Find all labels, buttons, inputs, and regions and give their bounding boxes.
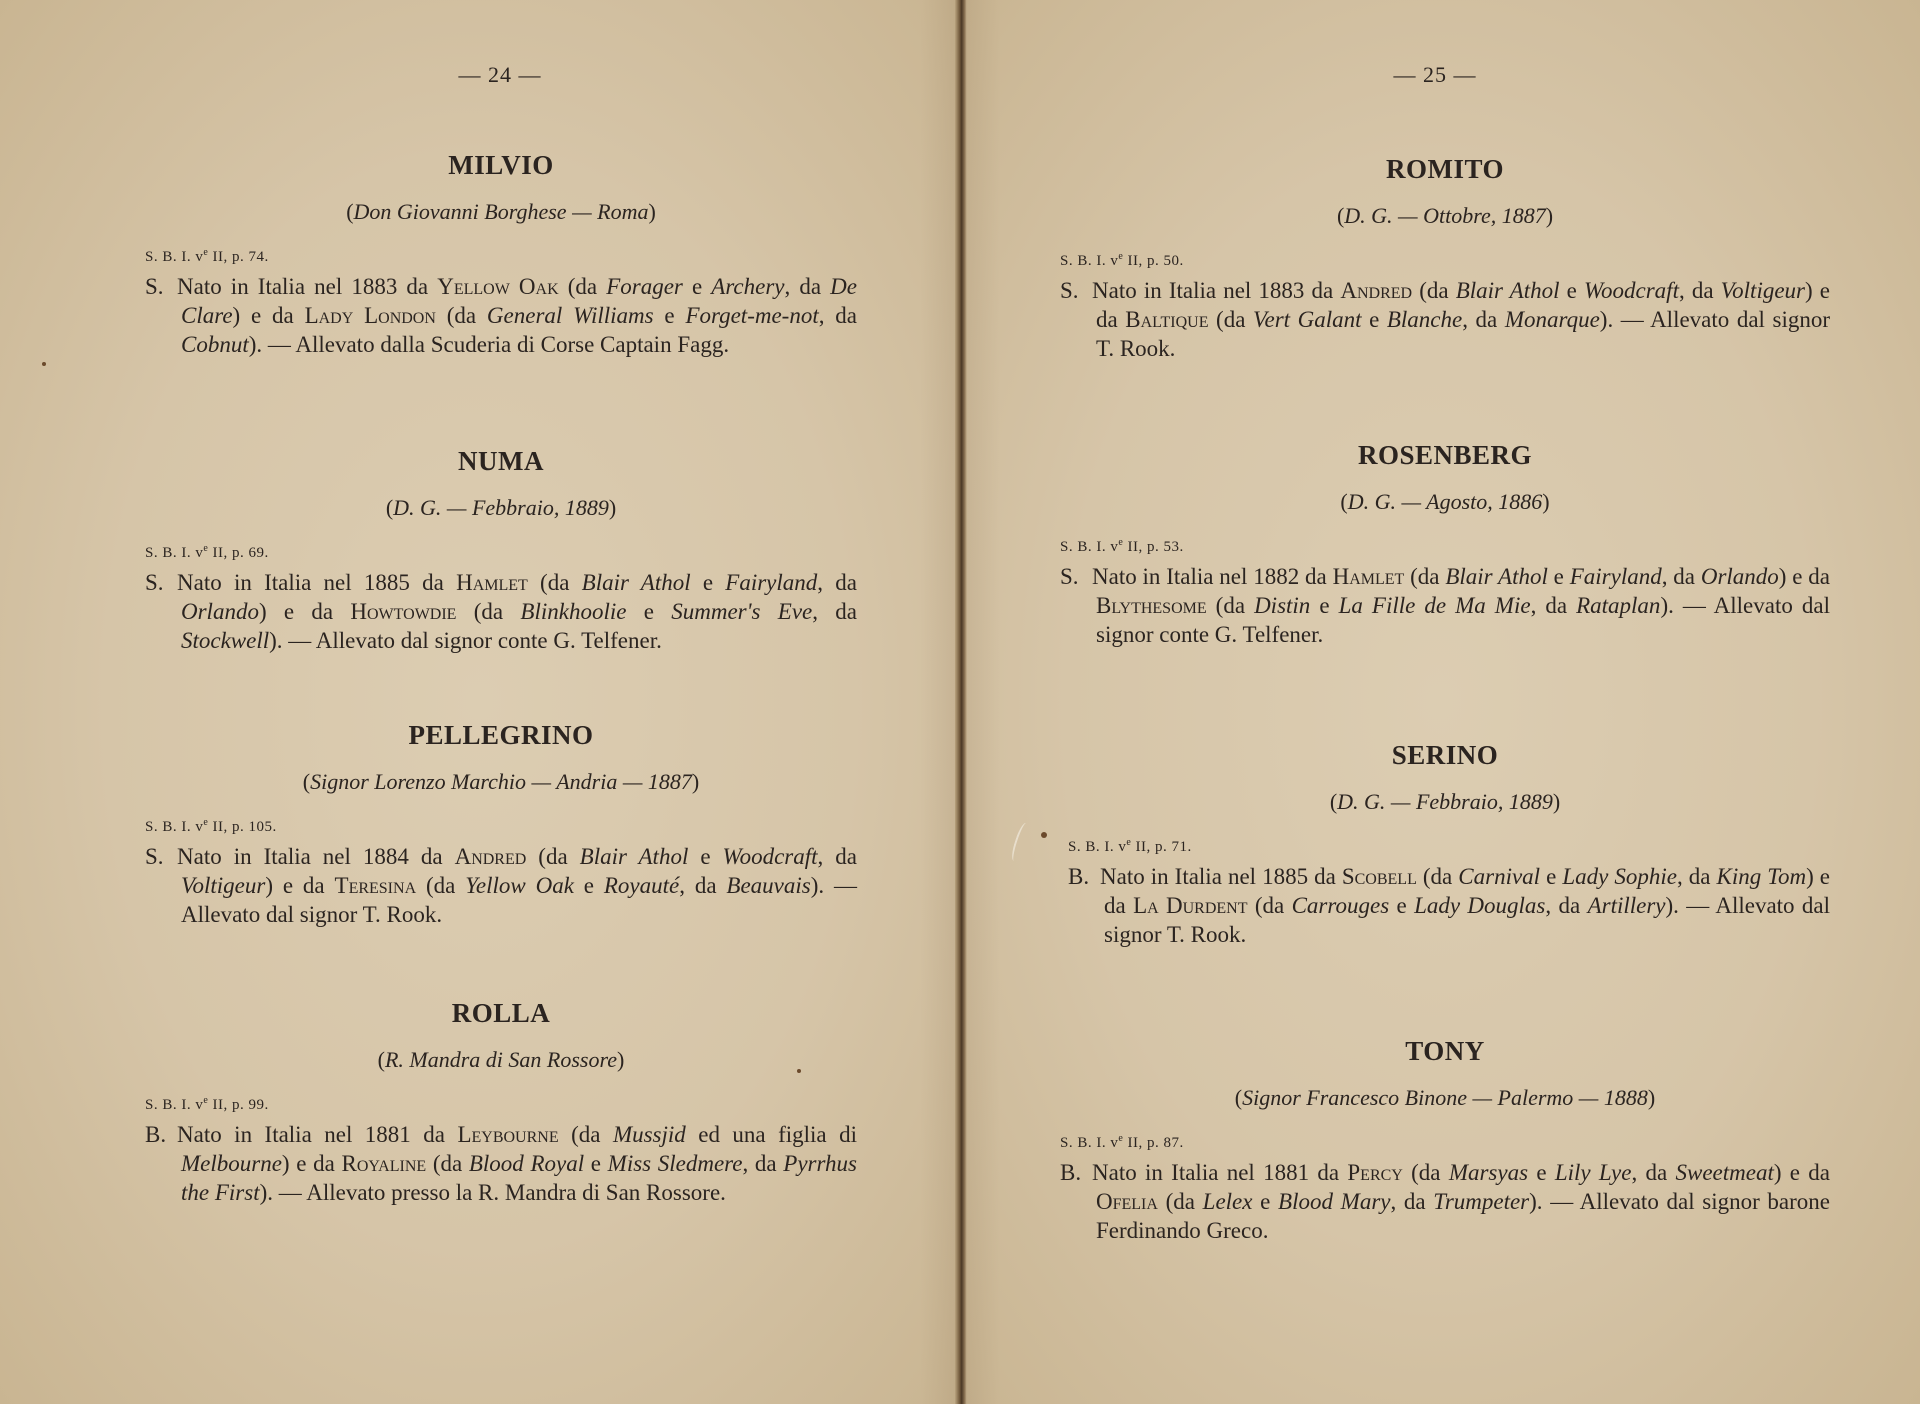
pedigree-name: Carnival (1458, 864, 1540, 889)
pedigree-name: Blanche (1387, 307, 1462, 332)
pedigree-name: Vert Galant (1253, 307, 1362, 332)
body-text: (da (416, 873, 465, 898)
sire-dam-name: Andred (455, 844, 527, 869)
paper-speck (42, 362, 46, 366)
pedigree-name: Summer's Eve (671, 599, 812, 624)
pedigree-name: Forager (606, 274, 683, 299)
owner-text: D. G. — Ottobre, 1887 (1344, 203, 1545, 228)
body-text: (da (1417, 864, 1458, 889)
horse-entry: ROLLA(R. Mandra di San Rossore)S. B. I. … (145, 998, 857, 1207)
pedigree-name: Blair Athol (1456, 278, 1560, 303)
body-text: (da (436, 303, 487, 328)
entry-description: B.Nato in Italia nel 1885 da Scobell (da… (1068, 862, 1830, 949)
stud-book-reference: S. B. I. ve II, p. 74. (145, 247, 857, 266)
body-text: (da (1248, 893, 1292, 918)
sire-dam-name: Andred (1340, 278, 1412, 303)
owner-text: D. G. — Febbraio, 1889 (393, 495, 609, 520)
pedigree-name: Lelex (1203, 1189, 1253, 1214)
body-text: e (574, 873, 604, 898)
right-page: — 25 — ROMITO(D. G. — Ottobre, 1887)S. B… (960, 0, 1920, 1404)
pedigree-name: Yellow Oak (465, 873, 574, 898)
pedigree-name: La Fille de Ma Mie (1339, 593, 1531, 618)
body-text: Nato in Italia nel 1885 da (177, 570, 456, 595)
entry-title: ROLLA (145, 998, 857, 1029)
entry-title: SERINO (1060, 740, 1830, 771)
sire-dam-name: Ofelia (1096, 1189, 1158, 1214)
body-text: Nato in Italia nel 1883 da (1092, 278, 1340, 303)
pedigree-name: Miss Sledmere (608, 1151, 743, 1176)
pedigree-name: Beauvais (726, 873, 810, 898)
horse-entry: ROMITO(D. G. — Ottobre, 1887)S. B. I. ve… (1060, 154, 1830, 363)
entry-title: ROSENBERG (1060, 440, 1830, 471)
body-text: (da (426, 1151, 469, 1176)
sex-marker: S. (1060, 562, 1092, 591)
ref-suffix: II, p. 50. (1123, 253, 1184, 269)
body-text: ) e da (259, 599, 350, 624)
body-text: , da (817, 570, 857, 595)
body-text: e (683, 274, 711, 299)
entry-owner: (D. G. — Febbraio, 1889) (1060, 789, 1830, 815)
body-text: (da (528, 570, 582, 595)
entry-description: S.Nato in Italia nel 1883 da Yellow Oak … (145, 272, 857, 359)
open-paren: ( (346, 199, 353, 224)
body-text: e (1310, 593, 1338, 618)
pedigree-name: Lady Douglas (1414, 893, 1545, 918)
owner-text: D. G. — Febbraio, 1889 (1337, 789, 1553, 814)
stud-book-reference: S. B. I. ve II, p. 53. (1060, 537, 1830, 556)
body-text: , da (1662, 564, 1701, 589)
pedigree-name: Blood Mary (1278, 1189, 1390, 1214)
stud-book-reference: S. B. I. ve II, p. 71. (1068, 837, 1830, 856)
sire-dam-name: Scobell (1342, 864, 1417, 889)
ref-prefix: S. B. I. v (1060, 1135, 1118, 1151)
body-text: (da (526, 844, 579, 869)
horse-entry: PELLEGRINO(Signor Lorenzo Marchio — Andr… (145, 720, 857, 929)
ref-prefix: S. B. I. v (145, 819, 203, 835)
ref-prefix: S. B. I. v (1060, 253, 1118, 269)
ref-suffix: II, p. 69. (208, 545, 269, 561)
sire-dam-name: Baltique (1125, 307, 1208, 332)
body-text: (da (1403, 1160, 1449, 1185)
body-text: e (1252, 1189, 1278, 1214)
stud-book-reference: S. B. I. ve II, p. 87. (1060, 1133, 1830, 1152)
pedigree-name: Archery (711, 274, 784, 299)
sire-dam-name: Leybourne (457, 1122, 558, 1147)
body-text: , da (785, 274, 831, 299)
body-text: Nato in Italia nel 1885 da (1100, 864, 1342, 889)
sire-dam-name: Hamlet (1333, 564, 1405, 589)
entry-owner: (Signor Francesco Binone — Palermo — 188… (1060, 1085, 1830, 1111)
body-text: e (1548, 564, 1570, 589)
pedigree-name: Blood Royal (469, 1151, 584, 1176)
close-paren: ) (1553, 789, 1560, 814)
body-text: (da (456, 599, 520, 624)
body-text: ed una figlia di (686, 1122, 857, 1147)
ref-prefix: S. B. I. v (1060, 539, 1118, 555)
body-text: , da (812, 599, 857, 624)
body-text: (da (1208, 307, 1253, 332)
pedigree-name: Woodcraft (723, 844, 818, 869)
body-text: Nato in Italia nel 1883 da (177, 274, 437, 299)
book-gutter (955, 0, 967, 1404)
body-text: , da (1390, 1189, 1433, 1214)
body-text: , da (1545, 893, 1587, 918)
left-page: — 24 — MILVIO(Don Giovanni Borghese — Ro… (0, 0, 960, 1404)
body-text: e (1528, 1160, 1555, 1185)
page-number: — 24 — (0, 62, 960, 88)
entry-description: B.Nato in Italia nel 1881 da Leybourne (… (145, 1120, 857, 1207)
owner-text: Signor Lorenzo Marchio — Andria — 1887 (310, 769, 692, 794)
owner-text: R. Mandra di San Rossore (385, 1047, 617, 1072)
body-text: ) e da (1774, 1160, 1830, 1185)
pedigree-name: Woodcraft (1584, 278, 1679, 303)
pedigree-name: Rataplan (1576, 593, 1660, 618)
pedigree-name: Blair Athol (1445, 564, 1548, 589)
body-text: e (626, 599, 671, 624)
body-text: , da (818, 844, 857, 869)
ref-suffix: II, p. 74. (208, 249, 269, 265)
pedigree-name: Mussjid (613, 1122, 686, 1147)
horse-entry: SERINO(D. G. — Febbraio, 1889)S. B. I. v… (1060, 740, 1830, 949)
body-text: , da (1531, 593, 1577, 618)
pedigree-name: Sweetmeat (1675, 1160, 1773, 1185)
body-text: e (688, 844, 722, 869)
body-text: ). — Allevato dalla Scuderia di Corse Ca… (249, 332, 729, 357)
ref-prefix: S. B. I. v (1068, 839, 1126, 855)
body-text: , da (819, 303, 857, 328)
pedigree-name: Stockwell (181, 628, 269, 653)
ref-prefix: S. B. I. v (145, 1097, 203, 1113)
open-paren: ( (378, 1047, 385, 1072)
body-text: Nato in Italia nel 1882 da (1092, 564, 1333, 589)
body-text: ) e da (282, 1151, 342, 1176)
entry-owner: (Don Giovanni Borghese — Roma) (145, 199, 857, 225)
entry-owner: (R. Mandra di San Rossore) (145, 1047, 857, 1073)
body-text: (da (1404, 564, 1445, 589)
sex-marker: B. (1068, 862, 1100, 891)
body-text: ). — Allevato presso la R. Mandra di San… (260, 1180, 726, 1205)
body-text: e (584, 1151, 608, 1176)
pedigree-name: Distin (1254, 593, 1310, 618)
body-text: e (1540, 864, 1562, 889)
pedigree-name: Fairyland (1570, 564, 1662, 589)
sire-dam-name: Royaline (341, 1151, 426, 1176)
body-text: (da (559, 1122, 613, 1147)
ref-suffix: II, p. 99. (208, 1097, 269, 1113)
sire-dam-name: Blythesome (1096, 593, 1207, 618)
body-text: , da (743, 1151, 784, 1176)
pedigree-name: Voltigeur (1721, 278, 1805, 303)
pedigree-name: Lady Sophie (1562, 864, 1677, 889)
body-text: Nato in Italia nel 1881 da (1092, 1160, 1347, 1185)
pedigree-name: Lily Lye (1555, 1160, 1632, 1185)
body-text: ) e da (1779, 564, 1830, 589)
sire-dam-name: Teresina (335, 873, 417, 898)
body-text: Nato in Italia nel 1881 da (177, 1122, 457, 1147)
horse-entry: ROSENBERG(D. G. — Agosto, 1886)S. B. I. … (1060, 440, 1830, 649)
sex-marker: S. (1060, 276, 1092, 305)
body-text: e (654, 303, 686, 328)
sire-dam-name: La Durdent (1133, 893, 1247, 918)
pedigree-name: Carrouges (1292, 893, 1390, 918)
body-text: ). — Allevato dal signor conte G. Telfen… (269, 628, 662, 653)
horse-entry: TONY(Signor Francesco Binone — Palermo —… (1060, 1036, 1830, 1245)
pedigree-name: King Tom (1717, 864, 1807, 889)
sire-dam-name: Howtowdie (350, 599, 456, 624)
body-text: ) e da (265, 873, 334, 898)
sex-marker: S. (145, 272, 177, 301)
entry-description: S.Nato in Italia nel 1883 da Andred (da … (1060, 276, 1830, 363)
sire-dam-name: Lady London (305, 303, 436, 328)
entry-description: S.Nato in Italia nel 1882 da Hamlet (da … (1060, 562, 1830, 649)
close-paren: ) (617, 1047, 624, 1072)
body-text: e (691, 570, 726, 595)
sire-dam-name: Hamlet (456, 570, 528, 595)
owner-text: Signor Francesco Binone — Palermo — 1888 (1242, 1085, 1648, 1110)
pedigree-name: Blair Athol (582, 570, 691, 595)
ref-suffix: II, p. 105. (208, 819, 277, 835)
owner-text: Don Giovanni Borghese — Roma (354, 199, 649, 224)
body-text: e (1362, 307, 1387, 332)
entry-owner: (Signor Lorenzo Marchio — Andria — 1887) (145, 769, 857, 795)
body-text: , da (679, 873, 726, 898)
ref-suffix: II, p. 87. (1123, 1135, 1184, 1151)
stud-book-reference: S. B. I. ve II, p. 99. (145, 1095, 857, 1114)
sex-marker: B. (145, 1120, 177, 1149)
open-paren: ( (303, 769, 310, 794)
entry-owner: (D. G. — Ottobre, 1887) (1060, 203, 1830, 229)
stud-book-reference: S. B. I. ve II, p. 69. (145, 543, 857, 562)
entry-title: TONY (1060, 1036, 1830, 1067)
entry-title: MILVIO (145, 150, 857, 181)
body-text: , da (1679, 278, 1721, 303)
pedigree-name: Melbourne (181, 1151, 282, 1176)
stud-book-reference: S. B. I. ve II, p. 105. (145, 817, 857, 836)
close-paren: ) (692, 769, 699, 794)
pedigree-name: Artillery (1588, 893, 1666, 918)
body-text: , da (1677, 864, 1717, 889)
paper-speck (797, 1069, 801, 1073)
close-paren: ) (609, 495, 616, 520)
open-paren: ( (1340, 489, 1347, 514)
pedigree-name: Fairyland (725, 570, 817, 595)
body-text: e (1560, 278, 1584, 303)
close-paren: ) (1542, 489, 1549, 514)
entry-description: S.Nato in Italia nel 1885 da Hamlet (da … (145, 568, 857, 655)
close-paren: ) (1546, 203, 1553, 228)
horse-entry: MILVIO(Don Giovanni Borghese — Roma)S. B… (145, 150, 857, 359)
close-paren: ) (1648, 1085, 1655, 1110)
entry-owner: (D. G. — Agosto, 1886) (1060, 489, 1830, 515)
pedigree-name: Trumpeter (1433, 1189, 1529, 1214)
body-text: Nato in Italia nel 1884 da (177, 844, 455, 869)
body-text: ) e da (233, 303, 305, 328)
pedigree-name: Marsyas (1449, 1160, 1528, 1185)
entry-description: S.Nato in Italia nel 1884 da Andred (da … (145, 842, 857, 929)
stud-book-reference: S. B. I. ve II, p. 50. (1060, 251, 1830, 270)
pedigree-name: Monarque (1505, 307, 1600, 332)
close-paren: ) (648, 199, 655, 224)
sex-marker: S. (145, 842, 177, 871)
ref-suffix: II, p. 71. (1131, 839, 1192, 855)
pedigree-name: Orlando (181, 599, 259, 624)
ref-suffix: II, p. 53. (1123, 539, 1184, 555)
body-text: , da (1462, 307, 1505, 332)
ref-prefix: S. B. I. v (145, 249, 203, 265)
body-text: (da (1207, 593, 1254, 618)
pedigree-name: Royauté (604, 873, 679, 898)
horse-entry: NUMA(D. G. — Febbraio, 1889)S. B. I. ve … (145, 446, 857, 655)
sire-dam-name: Percy (1347, 1160, 1402, 1185)
ref-prefix: S. B. I. v (145, 545, 203, 561)
entry-title: ROMITO (1060, 154, 1830, 185)
body-text: (da (1412, 278, 1456, 303)
pedigree-name: General Williams (487, 303, 654, 328)
owner-text: D. G. — Agosto, 1886 (1348, 489, 1543, 514)
entry-owner: (D. G. — Febbraio, 1889) (145, 495, 857, 521)
sex-marker: B. (1060, 1158, 1092, 1187)
pedigree-name: Orlando (1701, 564, 1779, 589)
body-text: , da (1631, 1160, 1675, 1185)
pedigree-name: Cobnut (181, 332, 249, 357)
body-text: e (1389, 893, 1414, 918)
pedigree-name: Blinkhoolie (520, 599, 626, 624)
paper-speck (1041, 832, 1047, 838)
pedigree-name: Forget-me-not (685, 303, 818, 328)
pedigree-name: Voltigeur (181, 873, 265, 898)
pedigree-name: Blair Athol (580, 844, 689, 869)
page-number: — 25 — (960, 62, 1920, 88)
sire-dam-name: Yellow Oak (437, 274, 558, 299)
entry-title: NUMA (145, 446, 857, 477)
body-text: (da (1158, 1189, 1203, 1214)
body-text: (da (559, 274, 607, 299)
entry-title: PELLEGRINO (145, 720, 857, 751)
book-spread: — 24 — MILVIO(Don Giovanni Borghese — Ro… (0, 0, 1920, 1404)
sex-marker: S. (145, 568, 177, 597)
entry-description: B.Nato in Italia nel 1881 da Percy (da M… (1060, 1158, 1830, 1245)
